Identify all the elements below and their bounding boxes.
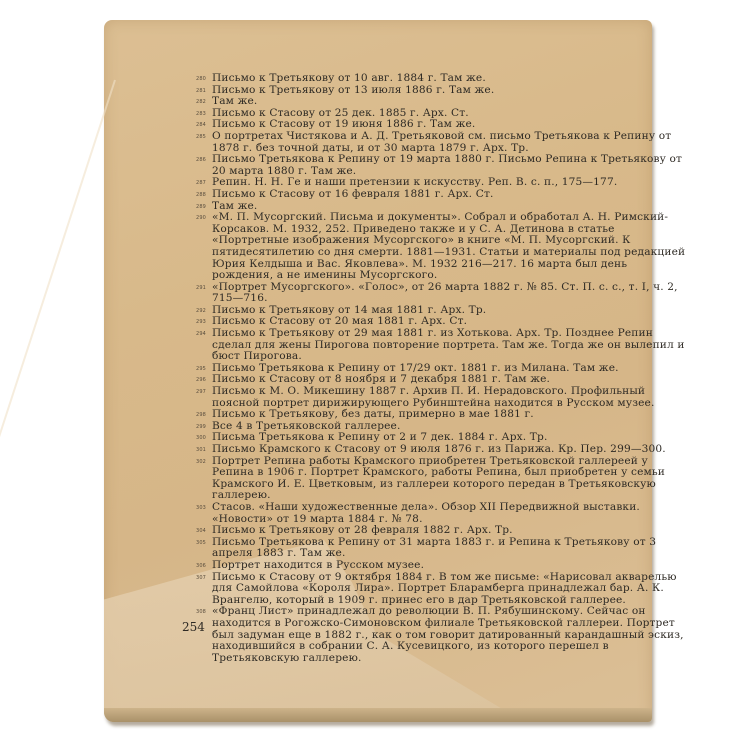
footnote-number: 294 bbox=[196, 329, 206, 341]
footnote-text: «Франц Лист» принадлежал до революции В.… bbox=[212, 605, 684, 663]
footnote-text: О портретах Чистякова и А. Д. Третьяково… bbox=[212, 130, 671, 154]
footnote-number: 302 bbox=[196, 457, 206, 469]
footnote-text: Письмо к Третьякову от 28 февраля 1882 г… bbox=[212, 524, 513, 536]
footnotes-list: 280Письмо к Третьякову от 10 авг. 1884 г… bbox=[200, 73, 690, 664]
footnote: 307Письмо к Стасову от 9 октября 1884 г.… bbox=[200, 572, 690, 607]
page-number: 254 bbox=[182, 620, 205, 634]
footnote-text: Письмо Третьякова к Репину от 19 марта 1… bbox=[212, 153, 682, 177]
footnote: 305Письмо Третьякова к Репину от 31 март… bbox=[200, 537, 690, 560]
footnote: 303Стасов. «Наши художественные дела». О… bbox=[200, 502, 690, 525]
footnote-number: 285 bbox=[196, 132, 206, 144]
footnote-text: Письмо к М. О. Микешину 1887 г. Архив П.… bbox=[212, 385, 655, 409]
footnote-text: Письмо Крамского к Стасову от 9 июля 187… bbox=[212, 443, 666, 455]
footnote-number: 308 bbox=[196, 607, 206, 619]
footnote-number: 286 bbox=[196, 155, 206, 167]
footnote-text: Письмо к Стасову от 20 мая 1881 г. Арх. … bbox=[212, 315, 467, 327]
footnote-text: Там же. bbox=[212, 95, 257, 107]
footnote-text: Портрет находится в Русском музее. bbox=[212, 559, 424, 571]
footnote-text: Репин. Н. Н. Ге и наши претензии к искус… bbox=[212, 176, 617, 188]
footnote-text: Все 4 в Третьяковской галлерее. bbox=[212, 420, 400, 432]
footnote: 281Письмо к Третьякову от 13 июля 1886 г… bbox=[200, 85, 690, 97]
footnote: 285О портретах Чистякова и А. Д. Третьяк… bbox=[200, 131, 690, 154]
footnote-number: 290 bbox=[196, 213, 206, 225]
footnote-text: Письмо к Стасову от 25 дек. 1885 г. Арх.… bbox=[212, 107, 469, 119]
footnote: 291«Портрет Мусоргского». «Голос», от 26… bbox=[200, 282, 690, 305]
footnote-text: Письма Третьякова к Репину от 2 и 7 дек.… bbox=[212, 431, 547, 443]
footnote-text: Стасов. «Наши художественные дела». Обзо… bbox=[212, 501, 640, 525]
footnote-text: Там же. bbox=[212, 200, 257, 212]
footnote-text: Письмо к Третьякову, без даты, примерно … bbox=[212, 408, 534, 420]
footnote: 290«М. П. Мусоргский. Письма и документы… bbox=[200, 212, 690, 282]
footnote-text: Письмо к Третьякову от 10 авг. 1884 г. Т… bbox=[212, 72, 486, 84]
footnote-text: Письмо к Стасову от 16 февраля 1881 г. А… bbox=[212, 188, 494, 200]
page-crease bbox=[0, 80, 116, 556]
book-page: 280Письмо к Третьякову от 10 авг. 1884 г… bbox=[104, 20, 652, 722]
footnote-text: «Портрет Мусоргского». «Голос», от 26 ма… bbox=[212, 281, 678, 305]
footnote: 308«Франц Лист» принадлежал до революции… bbox=[200, 606, 690, 664]
footnote-number: 307 bbox=[196, 573, 206, 585]
footnote-text: Письмо к Третьякову от 13 июля 1886 г. Т… bbox=[212, 84, 494, 96]
footnote-text: Портрет Репина работы Крамского приобрет… bbox=[212, 455, 665, 502]
footnote: 297Письмо к М. О. Микешину 1887 г. Архив… bbox=[200, 386, 690, 409]
footnote-number: 305 bbox=[196, 538, 206, 550]
footnote-text: Письмо Третьякова к Репину от 31 марта 1… bbox=[212, 536, 656, 560]
footnote-number: 291 bbox=[196, 283, 206, 295]
footnote-number: 297 bbox=[196, 387, 206, 399]
footnote-text: Письмо к Стасову от 8 ноября и 7 декабря… bbox=[212, 373, 550, 385]
footnote-text: Письмо к Стасову от 9 октября 1884 г. В … bbox=[212, 571, 677, 606]
footnote-text: Письмо к Стасову от 19 июня 1886 г. Там … bbox=[212, 118, 475, 130]
footnote: 288Письмо к Стасову от 16 февраля 1881 г… bbox=[200, 189, 690, 201]
footnote-text: «М. П. Мусоргский. Письма и документы». … bbox=[212, 211, 685, 281]
footnote-number: 303 bbox=[196, 503, 206, 515]
footnote: 294Письмо к Третьякову от 29 мая 1881 г.… bbox=[200, 328, 690, 363]
footnote-text: Письмо Третьякова к Репину от 17/29 окт.… bbox=[212, 362, 619, 374]
footnote-text: Письмо к Третьякову от 14 мая 1881 г. Ар… bbox=[212, 304, 486, 316]
footnote-text: Письмо к Третьякову от 29 мая 1881 г. из… bbox=[212, 327, 685, 362]
footnote: 286Письмо Третьякова к Репину от 19 март… bbox=[200, 154, 690, 177]
footnote: 302Портрет Репина работы Крамского приоб… bbox=[200, 456, 690, 502]
